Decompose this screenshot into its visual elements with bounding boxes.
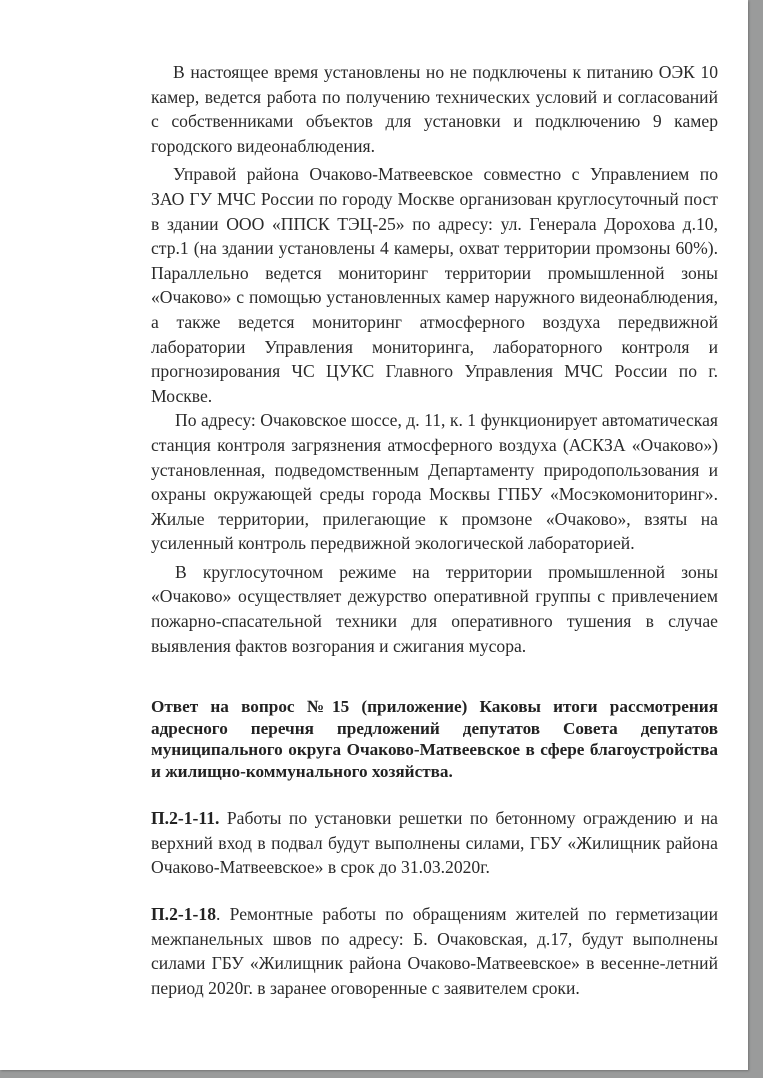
document-body: В настоящее время установлены но не подк… bbox=[151, 60, 718, 1000]
paragraph-duty-group: В круглосуточном режиме на территории пр… bbox=[151, 560, 718, 658]
heading-text: Ответ на вопрос №15 (приложение) Каковы … bbox=[151, 697, 718, 781]
item-text: Работы по установки решетки по бетонному… bbox=[151, 808, 718, 877]
section-heading: Ответ на вопрос №15 (приложение) Каковы … bbox=[151, 696, 718, 782]
item-text: . Ремонтные работы по обращениям жителей… bbox=[151, 904, 718, 998]
paragraph-cameras: В настоящее время установлены но не подк… bbox=[151, 60, 718, 158]
item-code: П.2-1-18 bbox=[151, 904, 216, 924]
list-item: П.2-1-18. Ремонтные работы по обращениям… bbox=[151, 902, 718, 1000]
paragraph-air-monitoring-station: По адресу: Очаковское шоссе, д. 11, к. 1… bbox=[151, 408, 718, 556]
item-code: П.2-1-11. bbox=[151, 808, 219, 828]
list-item: П.2-1-11. Работы по установки решетки по… bbox=[151, 806, 718, 880]
paragraph-round-the-clock-post: Управой района Очаково-Матвеевское совме… bbox=[151, 162, 718, 408]
scanned-page: В настоящее время установлены но не подк… bbox=[0, 0, 748, 1070]
